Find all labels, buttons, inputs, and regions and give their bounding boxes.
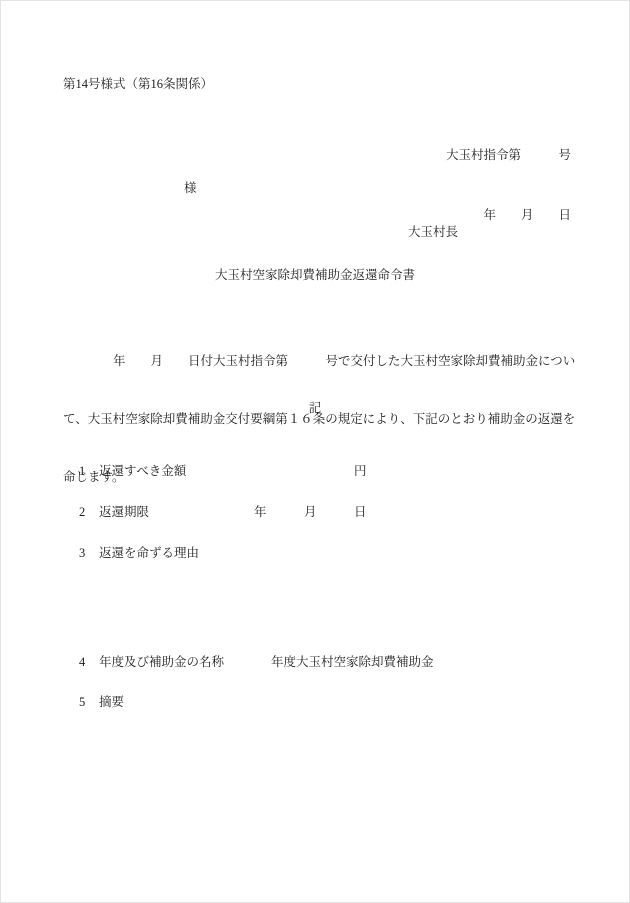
record-marker: 記	[1, 400, 629, 418]
body-line: 年 月 日付大玉村指令第 号で交付した大玉村空家除却費補助金につい	[63, 350, 575, 373]
item-number: 2	[79, 504, 85, 522]
item-number: 3	[79, 545, 85, 563]
item-row-subsidy-name: 4 年度及び補助金の名称 年度大玉村空家除却費補助金	[1, 654, 629, 674]
item-row-repayment-deadline: 2 返還期限 年 月 日	[1, 504, 629, 524]
item-row-remarks: 5 摘要	[1, 694, 629, 714]
item-value: 年 月 日	[254, 504, 367, 522]
body-paragraph: 年 月 日付大玉村指令第 号で交付した大玉村空家除却費補助金につい て、大玉村空…	[63, 315, 575, 524]
sender-title: 大玉村長	[408, 224, 458, 242]
document-page: 第14号様式（第16条関係） 大玉村指令第 号 年 月 日 様 大玉村長 大玉村…	[0, 0, 630, 903]
header-block: 大玉村指令第 号 年 月 日	[446, 112, 571, 259]
item-label: 返還期限	[99, 504, 149, 522]
item-number: 5	[79, 694, 85, 712]
item-number: 4	[79, 654, 85, 672]
item-label: 年度及び補助金の名称	[99, 654, 224, 672]
form-number: 第14号様式（第16条関係）	[63, 76, 213, 94]
addressee-suffix: 様	[184, 180, 197, 198]
item-number: 1	[79, 463, 85, 481]
item-label: 返還すべき金額	[99, 463, 186, 481]
item-label: 返還を命ずる理由	[99, 545, 199, 563]
item-row-repayment-reason: 3 返還を命ずる理由	[1, 545, 629, 565]
directive-number-line: 大玉村指令第 号	[446, 147, 571, 165]
item-label: 摘要	[99, 694, 124, 712]
item-row-repayment-amount: 1 返還すべき金額 円	[1, 463, 629, 483]
document-title: 大玉村空家除却費補助金返還命令書	[1, 267, 629, 285]
item-value: 円	[354, 463, 367, 481]
date-line: 年 月 日	[446, 207, 571, 225]
item-value: 年度大玉村空家除却費補助金	[271, 654, 434, 672]
